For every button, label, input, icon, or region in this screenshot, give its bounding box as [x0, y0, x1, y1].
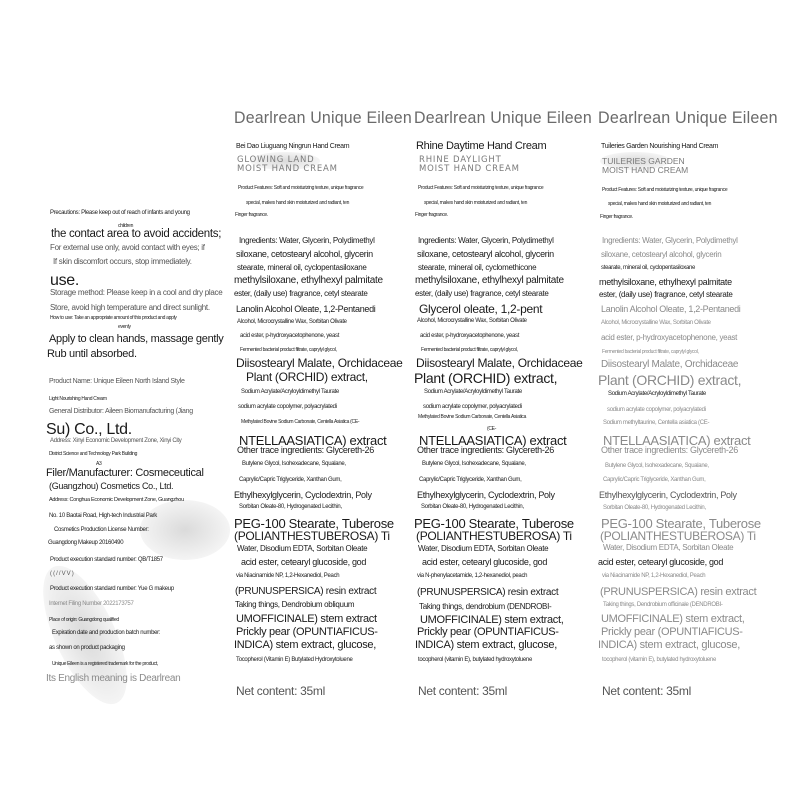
ingredient-line: Fermented bacterial product filtrate, ca… — [240, 347, 337, 353]
usage-line: How to use: Take an appropriate amount o… — [50, 315, 177, 321]
product-subtitle-2: MOIST HAND CREAM — [602, 166, 688, 175]
feature-line: Product Features: Soft and moisturizing … — [418, 185, 543, 191]
ingredient-line: Fermented bacterial product filtrate, ca… — [602, 349, 699, 355]
ingredient-line: Lanolin Alcohol Oleate, 1,2-Pentanedi — [601, 304, 741, 314]
ingredient-line: Other trace ingredients: Glycereth-26 — [417, 445, 554, 455]
product-name: Rhine Daytime Hand Cream — [416, 140, 546, 152]
ingredient-line: methylsiloxane, ethylhexyl palmitate — [599, 277, 732, 287]
label-info-panel: Precautions: Please keep out of reach of… — [0, 0, 232, 800]
ingredient-line: UMOFFICINALE) stem extract, — [420, 614, 563, 626]
ingredient-line: (PRUNUSPERSICA) resin extract — [235, 586, 376, 597]
ingredient-line: ester, (daily use) fragrance, cetyl stea… — [415, 289, 549, 298]
ingredient-line: Caprylic/Capric Triglyceride, Xanthan Gu… — [603, 477, 705, 483]
manufacturer-address-line: No. 10 Baotai Road, High-tech Industrial… — [49, 513, 157, 519]
ingredient-line: Plant (ORCHID) extract, — [598, 372, 741, 388]
ingredient-line: Other trace ingredients: Glycereth-26 — [237, 445, 374, 455]
feature-line: special, makes hand skin moisturized and… — [608, 201, 711, 207]
expiration-line: as shown on product packaging — [49, 645, 125, 651]
product-column-2: Dearlrean Unique Eileen Rhine Daytime Ha… — [414, 0, 592, 800]
ingredient-line: Glycerol oleate, 1,2-pent — [419, 302, 542, 316]
ingredient-line: Ethylhexylglycerin, Cyclodextrin, Poly — [234, 490, 372, 500]
usage-line: evenly — [118, 324, 131, 330]
feature-line: Finger fragrance. — [415, 212, 448, 218]
license-line: Guangdong Makeup 20160490 — [48, 540, 123, 546]
precautions-line: If skin discomfort occurs, stop immediat… — [53, 257, 192, 266]
ingredient-line: stearate, mineral oil, cyclopentasiloxan… — [601, 265, 695, 271]
usage-line: Rub until absorbed. — [47, 348, 137, 360]
ingredient-line: Ingredients: Water, Glycerin, Polydimeth… — [239, 236, 375, 245]
ingredient-line: tocopherol (vitamin E), butylated hydrox… — [602, 657, 716, 663]
ingredient-line: (POLIANTHESTUBEROSA) Ti — [600, 529, 756, 543]
distributor-line: General Distributor: Aileen Biomanufactu… — [49, 408, 193, 415]
ingredient-line: (PRUNUSPERSICA) resin extract — [600, 586, 756, 598]
ingredient-line: Butylene Glycol, Isohexadecane, Squalane… — [422, 461, 526, 467]
feature-line: Finger fragrance. — [600, 214, 633, 220]
ingredient-line: Tocopherol (Vitamin E) Butylated Hydroxy… — [236, 657, 353, 663]
address-line: Address: Xinyi Economic Development Zone… — [50, 438, 181, 444]
ingredient-line: Taking things, dendrobium (DENDROBI- — [419, 602, 551, 611]
ingredient-line: Prickly pear (OPUNTIAFICUS- — [417, 626, 559, 638]
product-column-3: Dearlrean Unique Eileen Tuileries Garden… — [598, 0, 778, 800]
ingredient-line: Sodium Acrylate/Acryloyldimethyl Taurate — [241, 389, 339, 395]
ingredient-line: methylsiloxane, ethylhexyl palmitate — [415, 275, 564, 286]
ingredient-line: Sodium Acrylate/Acryloyldimethyl Taurate — [424, 389, 522, 395]
brand-title: Dearlrean Unique Eileen — [414, 108, 592, 128]
trademark-line: Its English meaning is Dearlrean — [46, 673, 180, 684]
ingredient-line: (PRUNUSPERSICA) resin extract — [417, 587, 558, 598]
ingredient-line: siloxane, cetostearyl alcohol, glycerin — [601, 250, 721, 259]
ingredient-line: (CE- — [487, 426, 496, 432]
ingredient-line: Fermented bacterial product filtrate, ca… — [421, 347, 518, 353]
ingredient-line: (POLIANTHESTUBEROSA) Ti — [234, 529, 390, 543]
ingredient-line: INDICA) stem extract, glucose, — [234, 639, 376, 651]
ingredient-line: (POLIANTHESTUBEROSA) Ti — [416, 529, 572, 543]
ingredient-line: siloxane, cetostearyl alcohol, glycerin — [236, 249, 373, 259]
ingredient-line: acid ester, p-hydroxyacetophenone, yeast — [601, 333, 737, 342]
ingredient-line: via N-phenylacetamide, 1,2-hexanediol, p… — [417, 573, 527, 579]
ingredient-line: Caprylic/Capric Triglyceride, Xanthan Gu… — [239, 477, 341, 483]
brand-title: Dearlrean Unique Eileen — [234, 108, 412, 128]
ingredient-line: Other trace ingredients: Glycereth-26 — [601, 445, 738, 455]
ingredient-line: sodium acrylate copolymer, polyacrylated… — [238, 404, 337, 410]
precautions-line: Precautions: Please keep out of reach of… — [50, 210, 190, 216]
usage-line: Apply to clean hands, massage gently — [49, 333, 223, 345]
ingredient-line: UMOFFICINALE) stem extract, — [601, 613, 744, 625]
ingredient-line: acid ester, cetearyl glucoside, god — [241, 557, 366, 567]
ingredient-line: Alcohol, Microcrystalline Wax, Sorbitan … — [601, 320, 711, 326]
ingredient-line: sodium acrylate copolymer, polyacrylated… — [423, 404, 522, 410]
ingredient-line: Taking things, Dendrobium obliquum — [235, 600, 354, 609]
net-content: Net content: 35ml — [418, 684, 507, 698]
ingredient-line: Sodium methyltaurine, Centella asiatica … — [603, 420, 709, 426]
trademark-line: Unique Eileen is a registered trademark … — [52, 661, 158, 667]
license-line: Cosmetics Production License Number: — [54, 527, 149, 533]
manufacturer-line: Filer/Manufacturer: Cosmeceutical — [46, 467, 204, 479]
ingredient-line: acid ester, p-hydroxyacetophenone, yeast — [240, 333, 339, 339]
ingredient-line: Sorbitan Oleate-80, Hydrogenated Lecithi… — [239, 504, 342, 510]
ingredient-line: Methylated Bovine Sodium Carbonate, Cent… — [418, 414, 526, 420]
product-subtitle-2: MOIST HAND CREAM — [419, 165, 520, 174]
distributor-line: Su) Co., Ltd. — [46, 421, 132, 439]
ingredient-line: INDICA) stem extract, glucose, — [598, 639, 740, 651]
product-name-line: Light Nourishing Hand Cream — [49, 396, 107, 402]
product-name: Tuileries Garden Nourishing Hand Cream — [601, 143, 718, 150]
feature-line: Product Features: Soft and moisturizing … — [238, 185, 363, 191]
standard-line: Product execution standard number: Yue G… — [50, 586, 174, 592]
ingredient-line: Diisostearyl Malate, Orchidaceae — [601, 359, 738, 370]
ingredient-line: stearate, mineral oil, cyclomethicone — [418, 263, 536, 272]
ingredient-line: ester, (daily use) fragrance, cetyl stea… — [599, 290, 733, 299]
ingredient-line: Taking things, Dendrobium officinale (DE… — [603, 602, 723, 608]
ingredient-line: Caprylic/Capric Triglyceride, Xanthan Gu… — [419, 477, 521, 483]
ingredient-line: Water, Disodium EDTA, Sorbitan Oleate — [603, 543, 733, 552]
ingredient-line: Diisostearyl Malate, Orchidaceae — [416, 356, 582, 370]
ingredient-line: UMOFFICINALE) stem extract — [236, 613, 377, 625]
address-line: District Science and Technology Park Bui… — [49, 451, 137, 457]
ingredient-line: Butylene Glycol, Isohexadecane, Squalane… — [605, 463, 709, 469]
expiration-line: Expiration date and production batch num… — [52, 630, 160, 636]
feature-line: Finger fragrance. — [235, 212, 268, 218]
ingredient-line: Prickly pear (OPUNTIAFICUS- — [236, 626, 378, 638]
ingredient-line: Alcohol, Microcrystalline Wax, Sorbitan … — [237, 319, 347, 325]
ingredient-line: stearate, mineral oil, cyclopentasiloxan… — [237, 263, 367, 272]
ingredient-line: Prickly pear (OPUNTIAFICUS- — [601, 626, 743, 638]
net-content: Net content: 35ml — [236, 684, 325, 698]
feature-line: special, makes hand skin moisturized and… — [424, 200, 527, 206]
ingredient-line: Alcohol, Microcrystalline Wax, Sorbitan … — [417, 318, 527, 324]
ingredient-line: methylsiloxane, ethylhexyl palmitate — [234, 275, 383, 286]
ingredient-line: Butylene Glycol, Isohexadecane, Squalane… — [242, 461, 346, 467]
feature-line: special, makes hand skin moisturized and… — [246, 200, 349, 206]
ingredient-line: Lanolin Alcohol Oleate, 1,2-Pentanedi — [236, 304, 376, 314]
ingredient-line: ester, (daily use) fragrance, cetyl stea… — [234, 289, 368, 298]
brand-title: Dearlrean Unique Eileen — [598, 108, 778, 128]
filing-line: Internet Filing Number 2022173757 — [49, 601, 134, 607]
ingredient-line: Ethylhexylglycerin, Cyclodextrin, Poly — [417, 490, 555, 500]
ingredient-line: acid ester, cetearyl glucoside, god — [598, 557, 723, 567]
ingredient-line: Water, Disodium EDTA, Sorbitan Oleate — [237, 544, 367, 553]
ingredient-line: Ethylhexylglycerin, Cyclodextrin, Poly — [599, 490, 737, 500]
product-subtitle-2: MOIST HAND CREAM — [237, 165, 338, 174]
net-content: Net content: 35ml — [602, 684, 691, 698]
storage-line: Store, avoid high temperature and direct… — [50, 303, 210, 312]
ingredient-line: acid ester, cetearyl glucoside, god — [422, 557, 547, 567]
ingredient-line: INDICA) stem extract, glucose, — [415, 639, 557, 651]
ingredient-line: Sorbitan Oleate-80, Hydrogenated Lecithi… — [421, 504, 524, 510]
ingredient-line: Plant (ORCHID) extract, — [414, 370, 557, 386]
ingredient-line: Ingredients: Water, Glycerin, Polydimeth… — [418, 236, 554, 245]
precautions-line: For external use only, avoid contact wit… — [50, 243, 205, 252]
product-name-line: Product Name: Unique Eileen North Island… — [49, 378, 185, 385]
feature-line: Product Features: Soft and moisturizing … — [602, 187, 727, 193]
ingredient-line: acid ester, p-hydroxyacetophenone, yeast — [420, 333, 519, 339]
standard-line: Product execution standard number: QB/T1… — [50, 557, 163, 563]
ingredient-line: Sorbitan Oleate-80, Hydrogenated Lecithi… — [603, 505, 706, 511]
standard-line: ( ( / / V V ) — [50, 571, 73, 577]
ingredient-line: Water, Disodium EDTA, Sorbitan Oleate — [418, 544, 548, 553]
ingredient-line: tocopherol (vitamin E), butylated hydrox… — [418, 657, 532, 663]
ingredient-line: Ingredients: Water, Glycerin, Polydimeth… — [602, 236, 738, 245]
product-name: Bei Dao Liuguang Ningrun Hand Cream — [236, 143, 349, 150]
origin-line: Place of origin: Guangdong qualified — [49, 617, 119, 623]
product-column-1: Dearlrean Unique Eileen Bei Dao Liuguang… — [234, 0, 412, 800]
ingredient-line: siloxane, cetostearyl alcohol, glycerin — [417, 249, 554, 259]
ingredient-line: sodium acrylate copolymer, polyacrylated… — [607, 407, 706, 413]
ingredient-line: Methylated Bovine Sodium Carbonate, Cent… — [241, 419, 359, 425]
ingredient-line: Sodium Acrylate/Acryloyldimethyl Taurate — [608, 391, 706, 397]
ingredient-line: via Niacinamide NP, 1,2-Hexanediol, Peac… — [602, 573, 705, 579]
storage-line: Storage method: Please keep in a cool an… — [50, 288, 222, 297]
ingredient-line: Plant (ORCHID) extract, — [246, 370, 368, 384]
manufacturer-address-line: Address: Conghua Economic Development Zo… — [49, 497, 184, 503]
manufacturer-line: (Guangzhou) Cosmetics Co., Ltd. — [49, 481, 173, 491]
precautions-line: the contact area to avoid accidents; — [51, 228, 221, 240]
ingredient-line: Diisostearyl Malate, Orchidaceae — [236, 356, 402, 370]
ingredient-line: via Niacinamide NP, 1,2-Hexanediol, Peac… — [236, 573, 339, 579]
